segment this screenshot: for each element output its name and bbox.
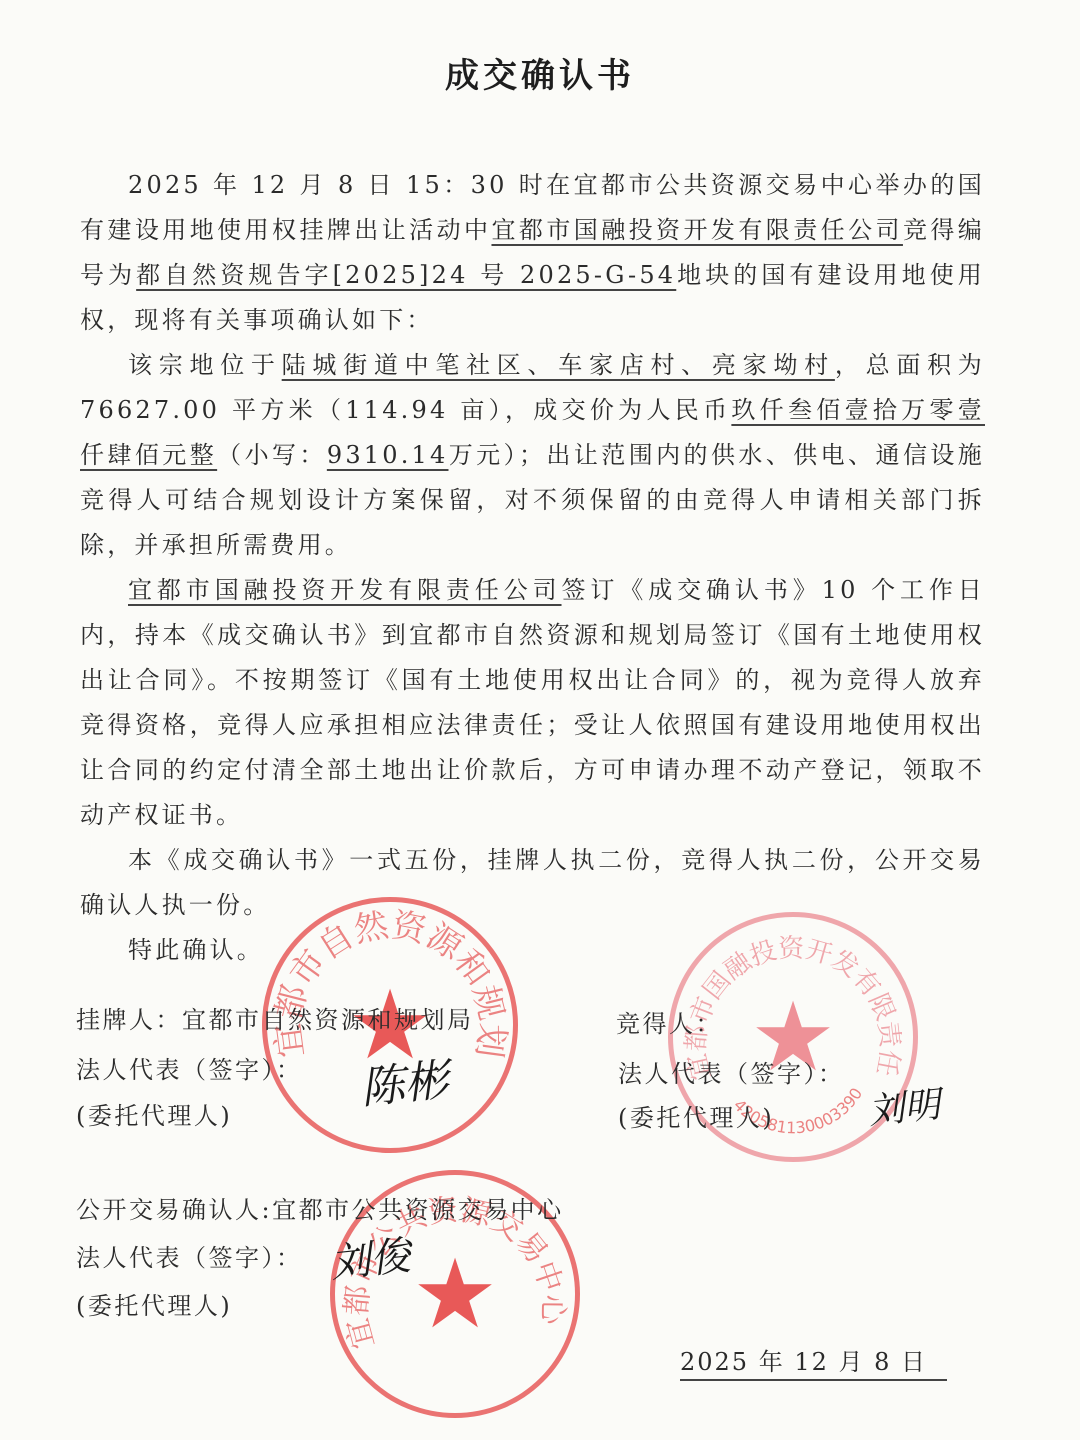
document-date: 2025 年 12 月 8 日: [680, 1342, 947, 1381]
location-intro: 该宗地位于: [128, 351, 282, 379]
trading-confirmer-signature: 刘俊: [327, 1224, 413, 1289]
listing-party-signature: 陈彬: [357, 1044, 451, 1117]
price-prefix: （小写：: [217, 441, 327, 469]
listing-party-rep-label: 法人代表（签字）：: [76, 1050, 303, 1085]
paragraph-parcel-details: 该宗地位于陆城街道中笔社区、车家店村、亮家坳村，总面积为 76627.00 平方…: [80, 343, 985, 568]
parcel-id: 都自然资规告字[2025]24 号 2025-G-54: [136, 261, 676, 289]
confirmation-document: 成交确认书 2025 年 12 月 8 日 15：30 时在宜都市公共资源交易中…: [0, 0, 1080, 1440]
listing-party-label: 挂牌人：宜都市自然资源和规划局: [76, 1000, 474, 1035]
contract-terms-text: 签订《成交确认书》10 个工作日内，持本《成交确认书》到宜都市自然资源和规划局签…: [80, 576, 985, 829]
winning-bidder-signature: 刘明: [866, 1076, 943, 1134]
red-star-icon: ★: [412, 1246, 498, 1342]
parcel-location: 陆城街道中笔社区、车家店村、亮家坳村: [282, 351, 835, 379]
winner-name-2: 宜都市国融投资开发有限责任公司: [128, 576, 562, 604]
paragraph-closing: 特此确认。: [80, 928, 985, 973]
winning-bidder-rep-label: 法人代表（签字）：: [618, 1054, 845, 1089]
price-number: 9310.14: [327, 441, 449, 469]
paragraph-auction-info: 2025 年 12 月 8 日 15：30 时在宜都市公共资源交易中心举办的国有…: [80, 163, 985, 343]
document-body: 2025 年 12 月 8 日 15：30 时在宜都市公共资源交易中心举办的国有…: [80, 163, 985, 973]
trading-confirmer-rep-label: 法人代表（签字）：: [76, 1238, 303, 1273]
trading-confirmer-label: 公开交易确认人:宜都市公共资源交易中心: [76, 1190, 564, 1225]
paragraph-contract-terms: 宜都市国融投资开发有限责任公司签订《成交确认书》10 个工作日内，持本《成交确认…: [80, 568, 985, 838]
paragraph-copies: 本《成交确认书》一式五份，挂牌人执二份，竞得人执二份，公开交易确认人执一份。: [80, 838, 985, 928]
winner-name: 宜都市国融投资开发有限责任公司: [491, 216, 902, 244]
listing-party-agent-label: (委托代理人): [76, 1096, 232, 1131]
winning-bidder-label: 竞得人：: [616, 1004, 722, 1039]
document-title: 成交确认书: [0, 48, 1080, 97]
winning-bidder-agent-label: (委托代理人): [618, 1098, 774, 1133]
trading-confirmer-agent-label: (委托代理人): [76, 1286, 232, 1321]
